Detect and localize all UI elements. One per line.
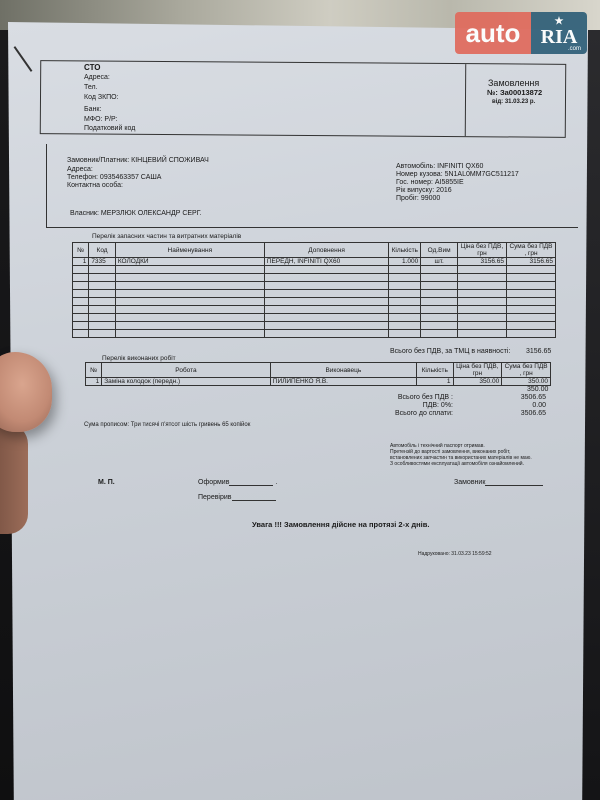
issued-label: Оформив bbox=[198, 479, 229, 486]
company-code: Код ЗКПО: bbox=[84, 94, 119, 101]
parts-empty-row bbox=[73, 330, 556, 338]
col-sum: Сума без ПДВ , грн bbox=[506, 243, 555, 258]
finger bbox=[0, 424, 28, 534]
watermark-domain: .com bbox=[568, 46, 581, 52]
col-work: Робота bbox=[102, 363, 271, 378]
parts-empty-row bbox=[73, 322, 556, 330]
parts-cell: ПЕРЕДН, INFINITI QX60 bbox=[264, 258, 388, 266]
total-label: Всього до сплати: bbox=[395, 410, 453, 417]
parts-cell: 3156.65 bbox=[458, 258, 507, 266]
vehicle-vin: Номер кузова: 5N1AL0MM7GC511217 bbox=[396, 171, 519, 178]
total-label: Всього без ПДВ : bbox=[398, 394, 453, 401]
parts-empty-row bbox=[73, 290, 556, 298]
works-cell: 350.00 bbox=[453, 378, 502, 386]
works-cell: Заміна колодок (передн.) bbox=[102, 378, 271, 386]
checked-label: Перевірив bbox=[198, 494, 232, 501]
parts-empty-row bbox=[73, 298, 556, 306]
contact-person: Контактна особа: bbox=[67, 182, 123, 189]
vehicle-plate: Гос. номер: AI5855IE bbox=[396, 179, 464, 186]
parts-total-label: Всього без ПДВ, за ТМЦ в наявності: bbox=[390, 348, 510, 355]
company-phone: Тел. bbox=[84, 84, 98, 91]
customer-phone: Телефон: 0935463357 САША bbox=[67, 174, 161, 181]
parts-empty-row bbox=[73, 314, 556, 322]
issued-signature-line bbox=[229, 479, 273, 486]
autoria-watermark: auto ★ RIA .com bbox=[455, 12, 587, 54]
col-code: Код bbox=[89, 243, 116, 258]
col-unit: Од.Вим bbox=[421, 243, 458, 258]
parts-table: № Код Найменування Доповнення Кількість … bbox=[72, 242, 556, 338]
total-value: 3506.65 bbox=[521, 394, 546, 401]
parts-cell: 3156.65 bbox=[506, 258, 555, 266]
total-label: ПДВ: 0%: bbox=[423, 402, 453, 409]
checked-by: Перевірив bbox=[198, 494, 276, 501]
col-performer: Виконавець bbox=[270, 363, 416, 378]
stamp-label: М. П. bbox=[98, 479, 115, 486]
parts-empty-row bbox=[73, 282, 556, 290]
parts-row: 17335КОЛОДКИПЕРЕДН, INFINITI QX601.000шт… bbox=[73, 258, 556, 266]
parts-cell: шт. bbox=[421, 258, 458, 266]
col-number: № bbox=[86, 363, 102, 378]
vehicle-model: Автомобіль: INFINITI QX60 bbox=[396, 163, 483, 170]
works-cell: 1 bbox=[416, 378, 453, 386]
total-value: 0.00 bbox=[532, 402, 546, 409]
customer-label: Замовник bbox=[454, 479, 485, 486]
col-price: Ціна без ПДВ, грн bbox=[458, 243, 507, 258]
watermark-ria: ★ RIA .com bbox=[531, 12, 587, 54]
col-quantity: Кількість bbox=[416, 363, 453, 378]
parts-cell: 1.000 bbox=[389, 258, 421, 266]
parts-cell: КОЛОДКИ bbox=[115, 258, 264, 266]
works-cell: 350.00 bbox=[502, 378, 551, 386]
order-date: від: 31.03.23 р. bbox=[492, 99, 535, 105]
total-value: 3506.65 bbox=[521, 410, 546, 417]
works-cell: ПИЛИПЕНКО Я.В. bbox=[270, 378, 416, 386]
company-title: СТО bbox=[84, 63, 101, 72]
col-quantity: Кількість bbox=[389, 243, 421, 258]
customer-signature: Замовник bbox=[454, 479, 543, 486]
company-mfo: МФО: Р/Р: bbox=[84, 116, 117, 123]
parts-title: Перелік запасних частин та витратних мат… bbox=[92, 233, 241, 240]
works-subtotal: 350.00 bbox=[527, 386, 548, 393]
col-sum: Сума без ПДВ , грн bbox=[502, 363, 551, 378]
amount-in-words: Сума прописом: Три тисячі п'ятсот шість … bbox=[84, 422, 250, 428]
customer-signature-line bbox=[485, 479, 543, 486]
work-order-document: СТО Адреса: Тел. Код ЗКПО: Банк: МФО: Р/… bbox=[0, 0, 600, 800]
parts-empty-row bbox=[73, 266, 556, 274]
owner: Власник: МЕРЗЛЮК ОЛЕКСАНДР СЕРГ. bbox=[70, 210, 202, 217]
star-icon: ★ bbox=[555, 18, 564, 26]
order-title: Замовлення bbox=[488, 78, 539, 88]
parts-empty-row bbox=[73, 274, 556, 282]
customer: Замовник/Платник: КІНЦЕВИЙ СПОЖИВАЧ bbox=[67, 157, 209, 164]
works-table: № Робота Виконавець Кількість Ціна без П… bbox=[85, 362, 551, 386]
notice-line-4: З особливостями експлуатації автомобіля … bbox=[390, 461, 524, 467]
order-number: №: За00013872 bbox=[487, 88, 542, 97]
parts-total-value: 3156.65 bbox=[526, 348, 551, 355]
col-price: Ціна без ПДВ, грн bbox=[453, 363, 502, 378]
vehicle-year: Рік випуску: 2016 bbox=[396, 187, 452, 194]
col-name: Найменування bbox=[115, 243, 264, 258]
parts-cell: 7335 bbox=[89, 258, 116, 266]
issued-by: Оформив . bbox=[198, 479, 277, 486]
works-row: 1Заміна колодок (передн.)ПИЛИПЕНКО Я.В.1… bbox=[86, 378, 551, 386]
company-address: Адреса: bbox=[84, 74, 110, 81]
watermark-auto: auto bbox=[455, 12, 531, 54]
parts-cell: 1 bbox=[73, 258, 89, 266]
company-bank: Банк: bbox=[84, 106, 101, 113]
parts-empty-row bbox=[73, 306, 556, 314]
checked-signature-line bbox=[232, 494, 276, 501]
vehicle-mileage: Пробіг: 99000 bbox=[396, 195, 440, 202]
printed-timestamp: Надруковано: 31.03.23 15:59:52 bbox=[418, 551, 492, 557]
works-cell: 1 bbox=[86, 378, 102, 386]
customer-address: Адреса: bbox=[67, 166, 93, 173]
works-title: Перелік виконаних робіт bbox=[102, 355, 176, 362]
col-addition: Доповнення bbox=[264, 243, 388, 258]
company-tax-code: Податковий код bbox=[84, 125, 135, 132]
validity-warning: Увага !!! Замовлення дійсне на протязі 2… bbox=[252, 520, 429, 529]
col-number: № bbox=[73, 243, 89, 258]
